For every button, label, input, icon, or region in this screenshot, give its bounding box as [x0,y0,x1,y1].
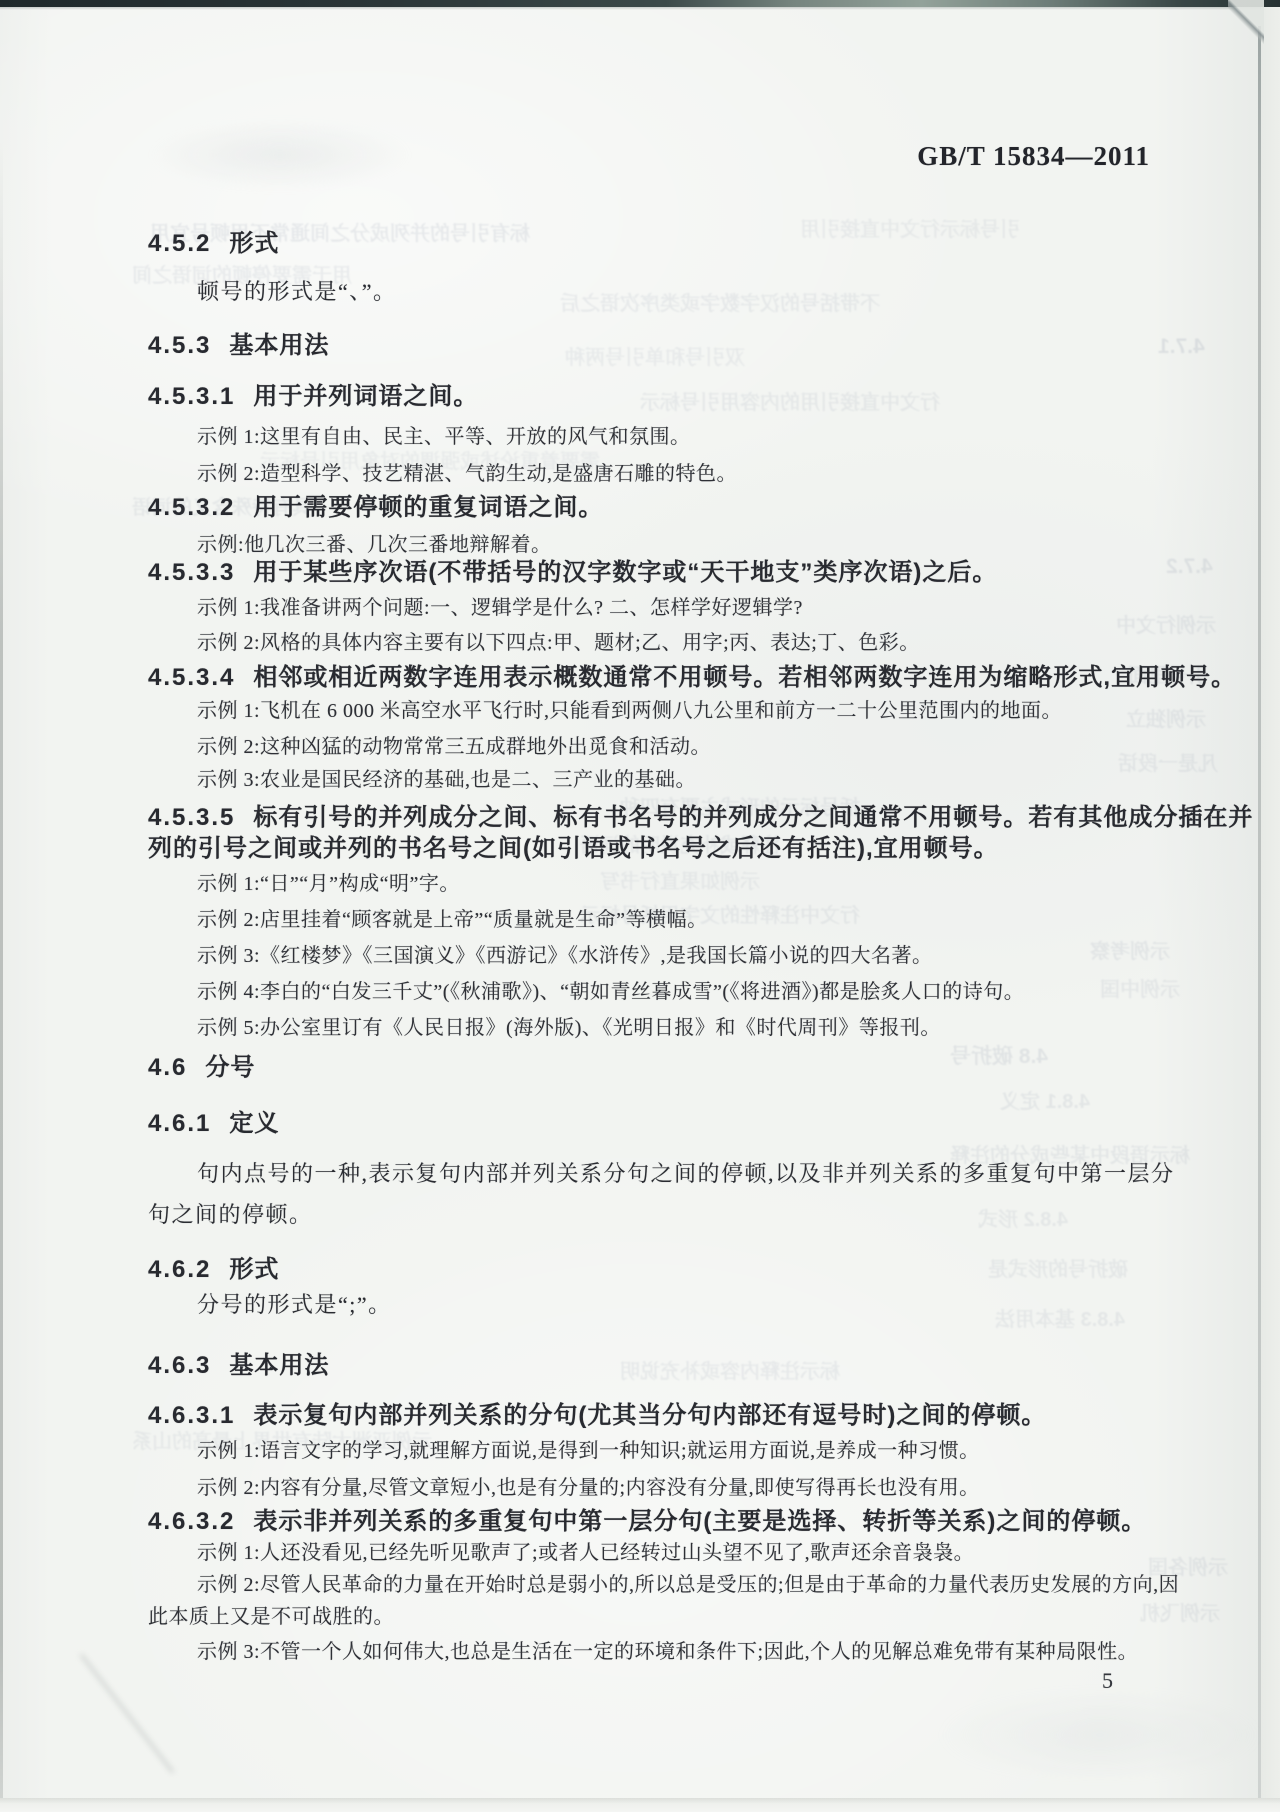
section-title: 表示非并列关系的多重复句中第一层分句(主要是选择、转折等关系)之间的停顿。 [253,1508,1146,1535]
section-number: 4.5.3.2 [148,494,235,521]
example-line: 示例 1:这里有自由、民主、平等、开放的风气和氛围。 [197,427,691,447]
section-number: 4.5.3.4 [148,664,235,691]
example-line: 示例 5:办公室里订有《人民日报》(海外版)、《光明日报》和《时代周刊》等报刊。 [197,1018,941,1038]
example-line: 示例 2:内容有分量,尽管文章短小,也是有分量的;内容没有分量,即使写得再长也没… [197,1478,980,1498]
scanned-document-page: 标有引号的并列成分之间通常不用顿号宜用 引号标示行文中直接引用 用于需要停顿的词… [0,0,1280,1812]
section-title: 用于需要停顿的重复词语之间。 [253,494,603,521]
section-title: 形式 [229,230,279,257]
example-line: 示例 2:造型科学、技艺精湛、气韵生动,是盛唐石雕的特色。 [197,464,737,484]
bleedthrough-line: 不带括号的汉字数字或类序次语之后 [560,294,880,314]
section-title: 分号 [205,1054,255,1081]
section-number: 4.6 [148,1054,187,1081]
bleedthrough-line: 凡是一段话 [1118,754,1218,774]
heading-4-6-3: 4.6.3基本用法 [148,1354,329,1378]
section-title: 标有引号的并列成分之间、标有书名号的并列成分之间通常不用顿号。若有其他成分插在并 [253,804,1253,831]
example-line: 示例 3:农业是国民经济的基础,也是二、三产业的基础。 [197,770,696,790]
scanner-edge-strip [0,0,1280,7]
section-number: 4.6.2 [148,1256,211,1283]
section-number: 4.6.1 [148,1110,211,1137]
example-line: 示例 1:我准备讲两个问题:一、逻辑学是什么? 二、怎样学好逻辑学? [197,598,803,618]
heading-4-5-3-5-continued: 列的引号之间或并列的书名号之间(如引语或书名号之后还有括注),宜用顿号。 [148,837,999,861]
section-title: 形式 [229,1256,279,1283]
section-number: 4.6.3.2 [148,1508,235,1535]
example-line: 示例:他几次三番、几次三番地辩解着。 [197,535,552,555]
heading-4-5-2: 4.5.2形式 [148,232,279,256]
paragraph: 句之间的停顿。 [148,1204,313,1226]
section-title: 相邻或相近两数字连用表示概数通常不用顿号。若相邻两数字连用为缩略形式,宜用顿号。 [253,664,1236,691]
section-title: 表示复句内部并列关系的分句(尤其当分句内部还有逗号时)之间的停顿。 [253,1402,1046,1429]
bleedthrough-line: 示例如果直行书写 [600,872,760,892]
heading-4-6-3-2: 4.6.3.2表示非并列关系的多重复句中第一层分句(主要是选择、转折等关系)之间… [148,1510,1146,1534]
example-line: 示例 3:不管一个人如何伟大,也总是生活在一定的环境和条件下;因此,个人的见解总… [197,1642,1138,1662]
section-number: 4.6.3.1 [148,1402,235,1429]
bleedthrough-line: 双引号和单引号两种 [565,348,745,368]
heading-4-5-3-1: 4.5.3.1用于并列词语之间。 [148,385,478,409]
page-number: 5 [1102,1670,1113,1692]
heading-4-5-3-3: 4.5.3.3用于某些序次语(不带括号的汉字数字或“天干地支”类序次语)之后。 [148,561,997,585]
bleedthrough-line: 示例独立 [1126,710,1206,730]
example-line: 示例 4:李白的“白发三千丈”(《秋浦歌》)、“朝如青丝暮成雪”(《将进酒》)都… [197,982,1024,1002]
section-number: 4.5.3.5 [148,804,235,831]
bleedthrough-line: 4.8.3 基本用法 [995,1310,1125,1330]
section-number: 4.6.3 [148,1352,211,1379]
bleedthrough-line: 4.8.2 形式 [978,1210,1068,1230]
bleedthrough-line: 4.7.1 [1158,336,1205,357]
paper-right-edge [1258,26,1261,1812]
bleedthrough-line: 行文中直接引用的内容用引号标示 [640,393,940,413]
section-title: 用于某些序次语(不带括号的汉字数字或“天干地支”类序次语)之后。 [253,559,997,586]
example-line: 示例 2:店里挂着“顾客就是上帝”“质量就是生命”等横幅。 [197,910,708,930]
section-title: 用于并列词语之间。 [253,383,478,410]
corner-fold [1228,0,1264,44]
paragraph: 顿号的形式是“、”。 [197,281,397,303]
section-title: 基本用法 [229,332,329,359]
example-line: 示例 1:飞机在 6 000 米高空水平飞行时,只能看到两侧八九公里和前方一二十… [197,701,1062,721]
example-line: 示例 1:“日”“月”构成“明”字。 [197,874,460,894]
section-title: 基本用法 [229,1352,329,1379]
paper-bottom-edge [0,1798,1280,1812]
example-line: 示例 2:风格的具体内容主要有以下四点:甲、题材;乙、用字;丙、表达;丁、色彩。 [197,633,920,653]
heading-4-6-1: 4.6.1定义 [148,1112,279,1136]
heading-4-6-2: 4.6.2形式 [148,1258,279,1282]
paragraph: 分号的形式是“;”。 [197,1294,392,1316]
scanner-edge-shadow [0,7,1280,10]
paragraph: 句内点号的一种,表示复句内部并列关系分句之间的停顿,以及非并列关系的多重复句中第… [197,1163,1175,1185]
heading-4-6: 4.6分号 [148,1056,255,1080]
section-number: 4.5.3.1 [148,383,235,410]
bleedthrough-line: 示例飞机 [1140,1604,1220,1624]
example-line: 示例 1:语言文字的学习,就理解方面说,是得到一种知识;就运用方面说,是养成一种… [197,1441,980,1461]
paper-shading [940,1690,1260,1780]
paper-right-margin-shade [1261,7,1280,1812]
heading-4-5-3-5: 4.5.3.5标有引号的并列成分之间、标有书名号的并列成分之间通常不用顿号。若有… [148,806,1253,830]
section-number: 4.5.2 [148,230,211,257]
bleedthrough-line: 引号标示行文中直接引用 [800,220,1020,240]
heading-4-5-3: 4.5.3基本用法 [148,334,329,358]
section-number: 4.5.3 [148,332,211,359]
heading-4-5-3-2: 4.5.3.2用于需要停顿的重复词语之间。 [148,496,603,520]
bleedthrough-line: 4.7.2 [1166,556,1213,577]
bleedthrough-line: 破折号的形式是 [988,1260,1128,1280]
example-line: 示例 1:人还没看见,已经先听见歌声了;或者人已经转过山头望不见了,歌声还余音袅… [197,1543,974,1563]
bleedthrough-line: 示例中国 [1100,980,1180,1000]
running-head-standard-code: GB/T 15834—2011 [917,143,1150,170]
example-line: 示例 2:这种凶猛的动物常常三五成群地外出觅食和活动。 [197,737,711,757]
example-line-continued: 此本质上又是不可战胜的。 [148,1607,394,1627]
bleedthrough-line: 示例考察 [1090,942,1170,962]
paper-shading [150,120,410,190]
bleedthrough-line: 示例行文中 [1116,616,1216,636]
heading-4-6-3-1: 4.6.3.1表示复句内部并列关系的分句(尤其当分句内部还有逗号时)之间的停顿。 [148,1404,1046,1428]
paper-crease [80,1653,175,1773]
example-line: 示例 3:《红楼梦》《三国演义》《西游记》《水浒传》,是我国长篇小说的四大名著。 [197,946,933,966]
bleedthrough-line: 标示注释内容或补充说明 [620,1362,840,1382]
bleedthrough-line: 4.8.1 定义 [1000,1092,1090,1112]
section-number: 4.5.3.3 [148,559,235,586]
bleedthrough-line: 4.8 破折号 [950,1046,1048,1067]
section-title: 定义 [229,1110,279,1137]
example-line: 示例 2:尽管人民革命的力量在开始时总是弱小的,所以总是受压的;但是由于革命的力… [197,1575,1179,1595]
heading-4-5-3-4: 4.5.3.4相邻或相近两数字连用表示概数通常不用顿号。若相邻两数字连用为缩略形… [148,666,1236,690]
paper-left-edge [0,140,3,1812]
